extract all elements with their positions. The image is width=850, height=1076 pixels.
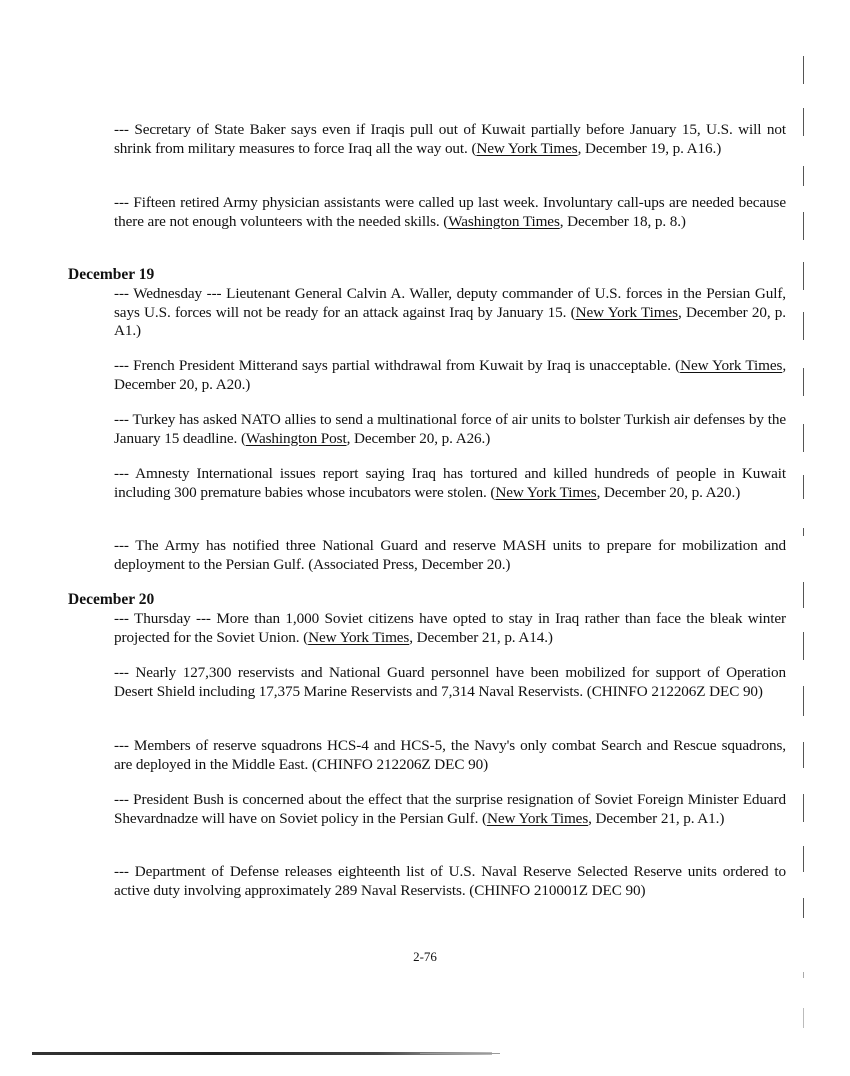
entry-text: --- The Army has notified three National… bbox=[114, 537, 786, 573]
margin-revision-mark bbox=[803, 368, 804, 396]
entry-citation-tail: , December 18, p. 8.) bbox=[560, 213, 686, 230]
date-heading-december-20: December 20 bbox=[68, 591, 154, 609]
source-citation: Washington Times bbox=[448, 213, 560, 230]
source-citation: New York Times bbox=[487, 810, 588, 827]
margin-revision-mark bbox=[803, 582, 804, 608]
entry-citation-tail: , December 20, p. A26.) bbox=[347, 430, 491, 447]
source-citation: New York Times bbox=[308, 629, 409, 646]
margin-revision-mark bbox=[803, 632, 804, 660]
entry-turkey-nato: --- Turkey has asked NATO allies to send… bbox=[114, 411, 786, 448]
margin-revision-mark bbox=[803, 108, 804, 136]
margin-revision-mark bbox=[803, 212, 804, 240]
source-citation: New York Times bbox=[680, 357, 782, 374]
margin-revision-mark bbox=[803, 475, 804, 499]
margin-revision-mark bbox=[803, 898, 804, 918]
entry-citation-tail: , December 21, p. A14.) bbox=[409, 629, 553, 646]
entry-hcs-squadrons: --- Members of reserve squadrons HCS-4 a… bbox=[114, 737, 786, 774]
margin-revision-mark bbox=[803, 742, 804, 768]
entry-shevardnadze: --- President Bush is concerned about th… bbox=[114, 791, 786, 828]
page-number: 2-76 bbox=[0, 949, 850, 965]
margin-revision-mark bbox=[803, 262, 804, 290]
entry-baker-withdrawal: --- Secretary of State Baker says even i… bbox=[114, 121, 786, 158]
margin-revision-mark bbox=[803, 424, 804, 452]
source-citation: New York Times bbox=[576, 304, 678, 321]
margin-revision-mark bbox=[803, 1008, 804, 1028]
entry-mash-units: --- The Army has notified three National… bbox=[114, 537, 786, 574]
entry-soviet-citizens: --- Thursday --- More than 1,000 Soviet … bbox=[114, 610, 786, 647]
entry-text: --- Nearly 127,300 reservists and Nation… bbox=[114, 664, 786, 700]
margin-revision-mark bbox=[803, 56, 804, 84]
entry-text: --- Members of reserve squadrons HCS-4 a… bbox=[114, 737, 786, 773]
entry-text: --- Department of Defense releases eight… bbox=[114, 863, 786, 899]
margin-revision-mark bbox=[803, 686, 804, 716]
margin-revision-mark bbox=[803, 312, 804, 340]
scan-artifact-bar-fade bbox=[420, 1053, 500, 1054]
entry-naval-reserve-list: --- Department of Defense releases eight… bbox=[114, 863, 786, 900]
margin-revision-mark bbox=[803, 846, 804, 872]
entry-reservists-mobilized: --- Nearly 127,300 reservists and Nation… bbox=[114, 664, 786, 701]
margin-revision-mark bbox=[803, 794, 804, 822]
margin-revision-mark bbox=[803, 972, 804, 978]
entry-mitterand: --- French President Mitterand says part… bbox=[114, 357, 786, 394]
entry-citation-tail: , December 20, p. A20.) bbox=[597, 484, 741, 501]
source-citation: Washington Post bbox=[246, 430, 347, 447]
document-page: --- Secretary of State Baker says even i… bbox=[0, 0, 850, 1076]
entry-citation-tail: , December 21, p. A1.) bbox=[588, 810, 724, 827]
date-heading-december-19: December 19 bbox=[68, 266, 154, 284]
entry-waller: --- Wednesday --- Lieutenant General Cal… bbox=[114, 285, 786, 341]
entry-text: --- French President Mitterand says part… bbox=[114, 357, 680, 374]
source-citation: New York Times bbox=[495, 484, 596, 501]
margin-revision-mark bbox=[803, 528, 804, 536]
entry-physician-assistants: --- Fifteen retired Army physician assis… bbox=[114, 194, 786, 231]
entry-citation-tail: , December 19, p. A16.) bbox=[578, 140, 722, 157]
source-citation: New York Times bbox=[476, 140, 577, 157]
margin-revision-mark bbox=[803, 166, 804, 186]
entry-amnesty-international: --- Amnesty International issues report … bbox=[114, 465, 786, 502]
